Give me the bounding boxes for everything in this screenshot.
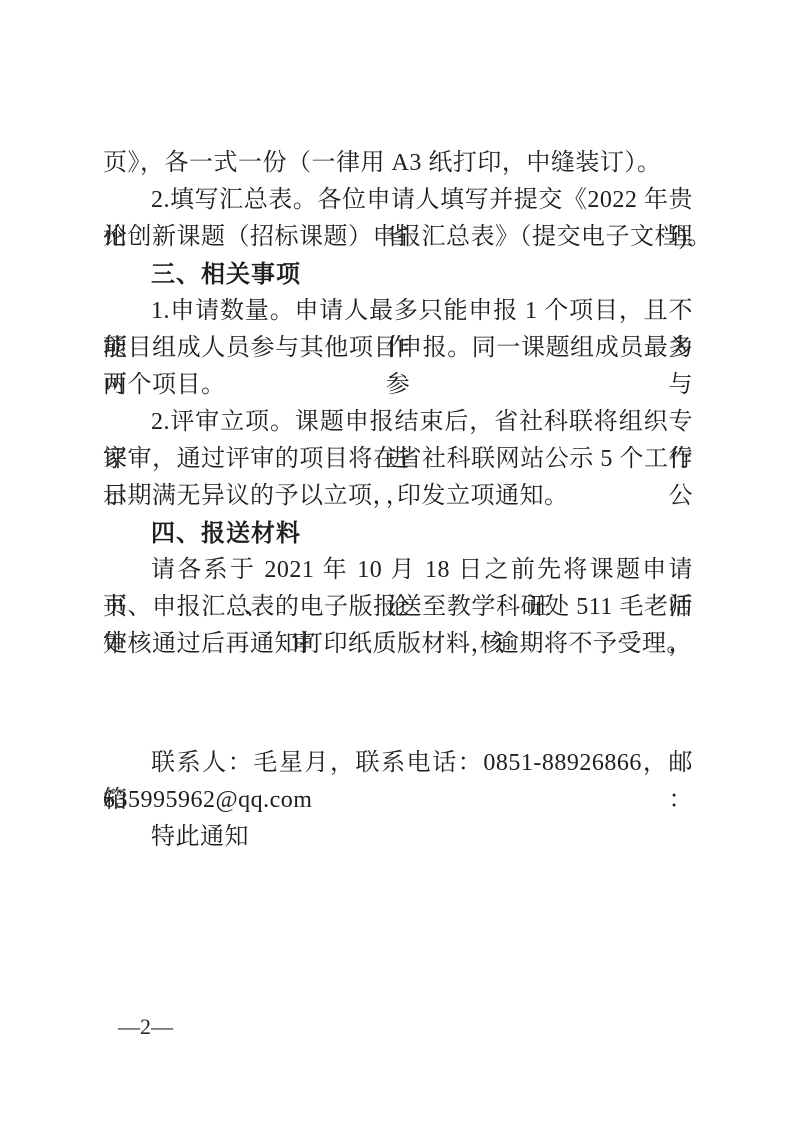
text-line: 论创新课题（招标课题）申报汇总表》（提交电子文档)。: [103, 219, 693, 256]
text-line: 页、申报汇总表的电子版报送至教学科研处 511 毛老师处审核，: [103, 589, 693, 626]
section-heading-submit-materials: 四、报送材料: [103, 515, 693, 552]
blank-line: [103, 663, 693, 704]
document-body: 页》，各一式一份（一律用 A3 纸打印，中缝装订）。 2.填写汇总表。各位申请人…: [103, 145, 693, 856]
blank-line: [103, 704, 693, 745]
contact-info-line: 联系人：毛星月，联系电话：0851-88926866，邮箱：: [103, 745, 693, 782]
text-line: 页》，各一式一份（一律用 A3 纸打印，中缝装订）。: [103, 145, 693, 182]
section-heading-related-matters: 三、相关事项: [103, 256, 693, 293]
text-line: 2.填写汇总表。各位申请人填写并提交《2022 年贵州省理: [103, 182, 693, 219]
text-line: 项目组成人员参与其他项目申报。同一课题组成员最多可参与: [103, 330, 693, 367]
text-line: 1.申请数量。申请人最多只能申报 1 个项目，且不能作为: [103, 293, 693, 330]
text-line: 评审，通过评审的项目将在省社科联网站公示 5 个工作日，公: [103, 441, 693, 478]
page-number: —2—: [118, 1016, 173, 1038]
closing-notice-line: 特此通知: [103, 819, 693, 856]
document-page: 页》，各一式一份（一律用 A3 纸打印，中缝装订）。 2.填写汇总表。各位申请人…: [0, 0, 793, 1122]
text-line: 审核通过后再通知打印纸质版材料，逾期将不予受理。: [103, 626, 693, 663]
text-line: 2.评审立项。课题申报结束后，省社科联将组织专家进行: [103, 404, 693, 441]
text-line: 请各系于 2021 年 10 月 18 日之前先将课题申请书、论证活: [103, 552, 693, 589]
